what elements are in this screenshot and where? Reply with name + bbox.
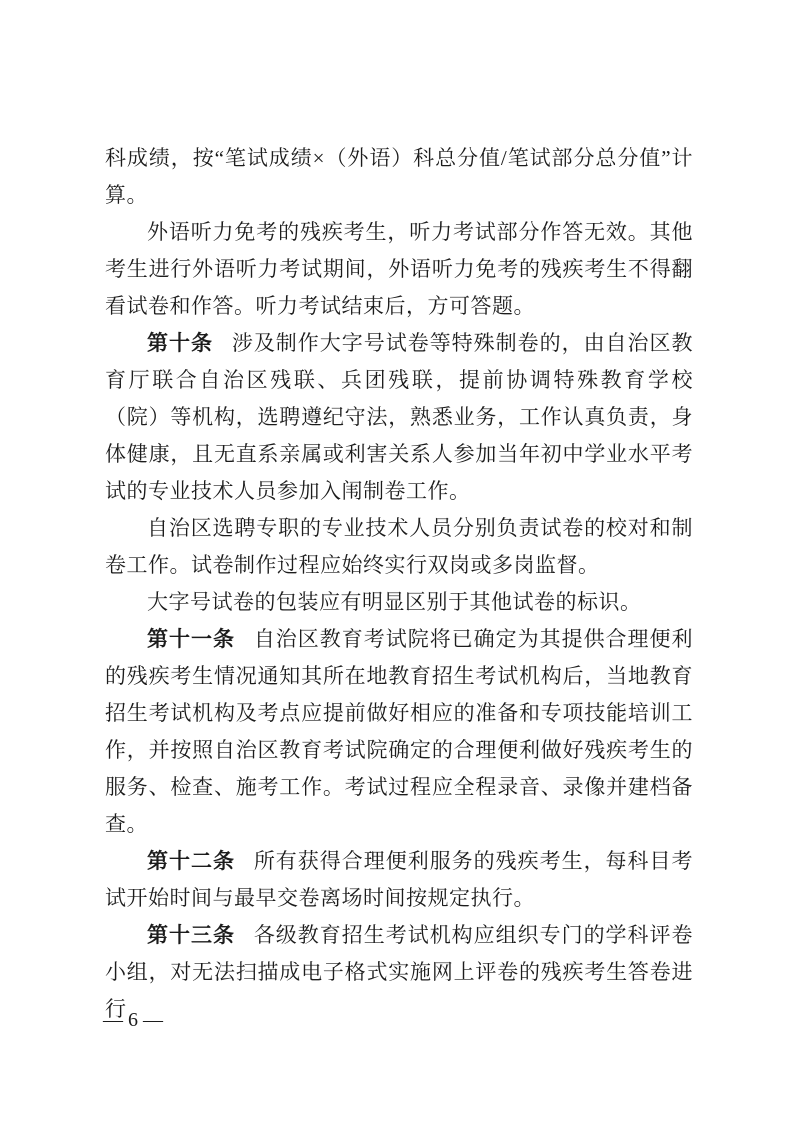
footer-page-number: — 6 — bbox=[103, 1006, 163, 1034]
document-body: 科成绩，按“笔试成绩×（外语）科总分值/笔试部分总分值”计算。 外语听力免考的残… bbox=[105, 140, 693, 1028]
paragraph-text: 自治区教育考试院将已确定为其提供合理便利的残疾考生情况通知其所在地教育招生考试机… bbox=[105, 627, 693, 836]
paragraph-article-13: 第十三条各级教育招生考试机构应组织专门的学科评卷小组，对无法扫描成电子格式实施网… bbox=[105, 917, 693, 1028]
paragraph-article-11: 第十一条自治区教育考试院将已确定为其提供合理便利的残疾考生情况通知其所在地教育招… bbox=[105, 621, 693, 843]
document-page: 科成绩，按“笔试成绩×（外语）科总分值/笔试部分总分值”计算。 外语听力免考的残… bbox=[0, 0, 793, 1122]
paragraph-text: 涉及制作大字号试卷等特殊制卷的，由自治区教育厅联合自治区残联、兵团残联，提前协调… bbox=[105, 331, 693, 503]
paragraph-text: 科成绩，按“笔试成绩×（外语）科总分值/笔试部分总分值”计算。 bbox=[105, 146, 693, 207]
paragraph: 自治区选聘专职的专业技术人员分别负责试卷的校对和制卷工作。试卷制作过程应始终实行… bbox=[105, 510, 693, 584]
article-number: 第十条 bbox=[147, 331, 213, 355]
paragraph-article-10: 第十条涉及制作大字号试卷等特殊制卷的，由自治区教育厅联合自治区残联、兵团残联，提… bbox=[105, 325, 693, 510]
paragraph-text: 大字号试卷的包装应有明显区别于其他试卷的标识。 bbox=[147, 590, 642, 614]
paragraph-continuation: 科成绩，按“笔试成绩×（外语）科总分值/笔试部分总分值”计算。 bbox=[105, 140, 693, 214]
article-number: 第十一条 bbox=[147, 627, 235, 651]
article-number: 第十二条 bbox=[147, 849, 235, 873]
article-number: 第十三条 bbox=[147, 923, 235, 947]
paragraph: 大字号试卷的包装应有明显区别于其他试卷的标识。 bbox=[105, 584, 693, 621]
paragraph-text: 外语听力免考的残疾考生，听力考试部分作答无效。其他考生进行外语听力考试期间，外语… bbox=[105, 220, 693, 318]
paragraph-article-12: 第十二条所有获得合理便利服务的残疾考生，每科目考试开始时间与最早交卷离场时间按规… bbox=[105, 843, 693, 917]
paragraph-text: 自治区选聘专职的专业技术人员分别负责试卷的校对和制卷工作。试卷制作过程应始终实行… bbox=[105, 516, 693, 577]
paragraph: 外语听力免考的残疾考生，听力考试部分作答无效。其他考生进行外语听力考试期间，外语… bbox=[105, 214, 693, 325]
